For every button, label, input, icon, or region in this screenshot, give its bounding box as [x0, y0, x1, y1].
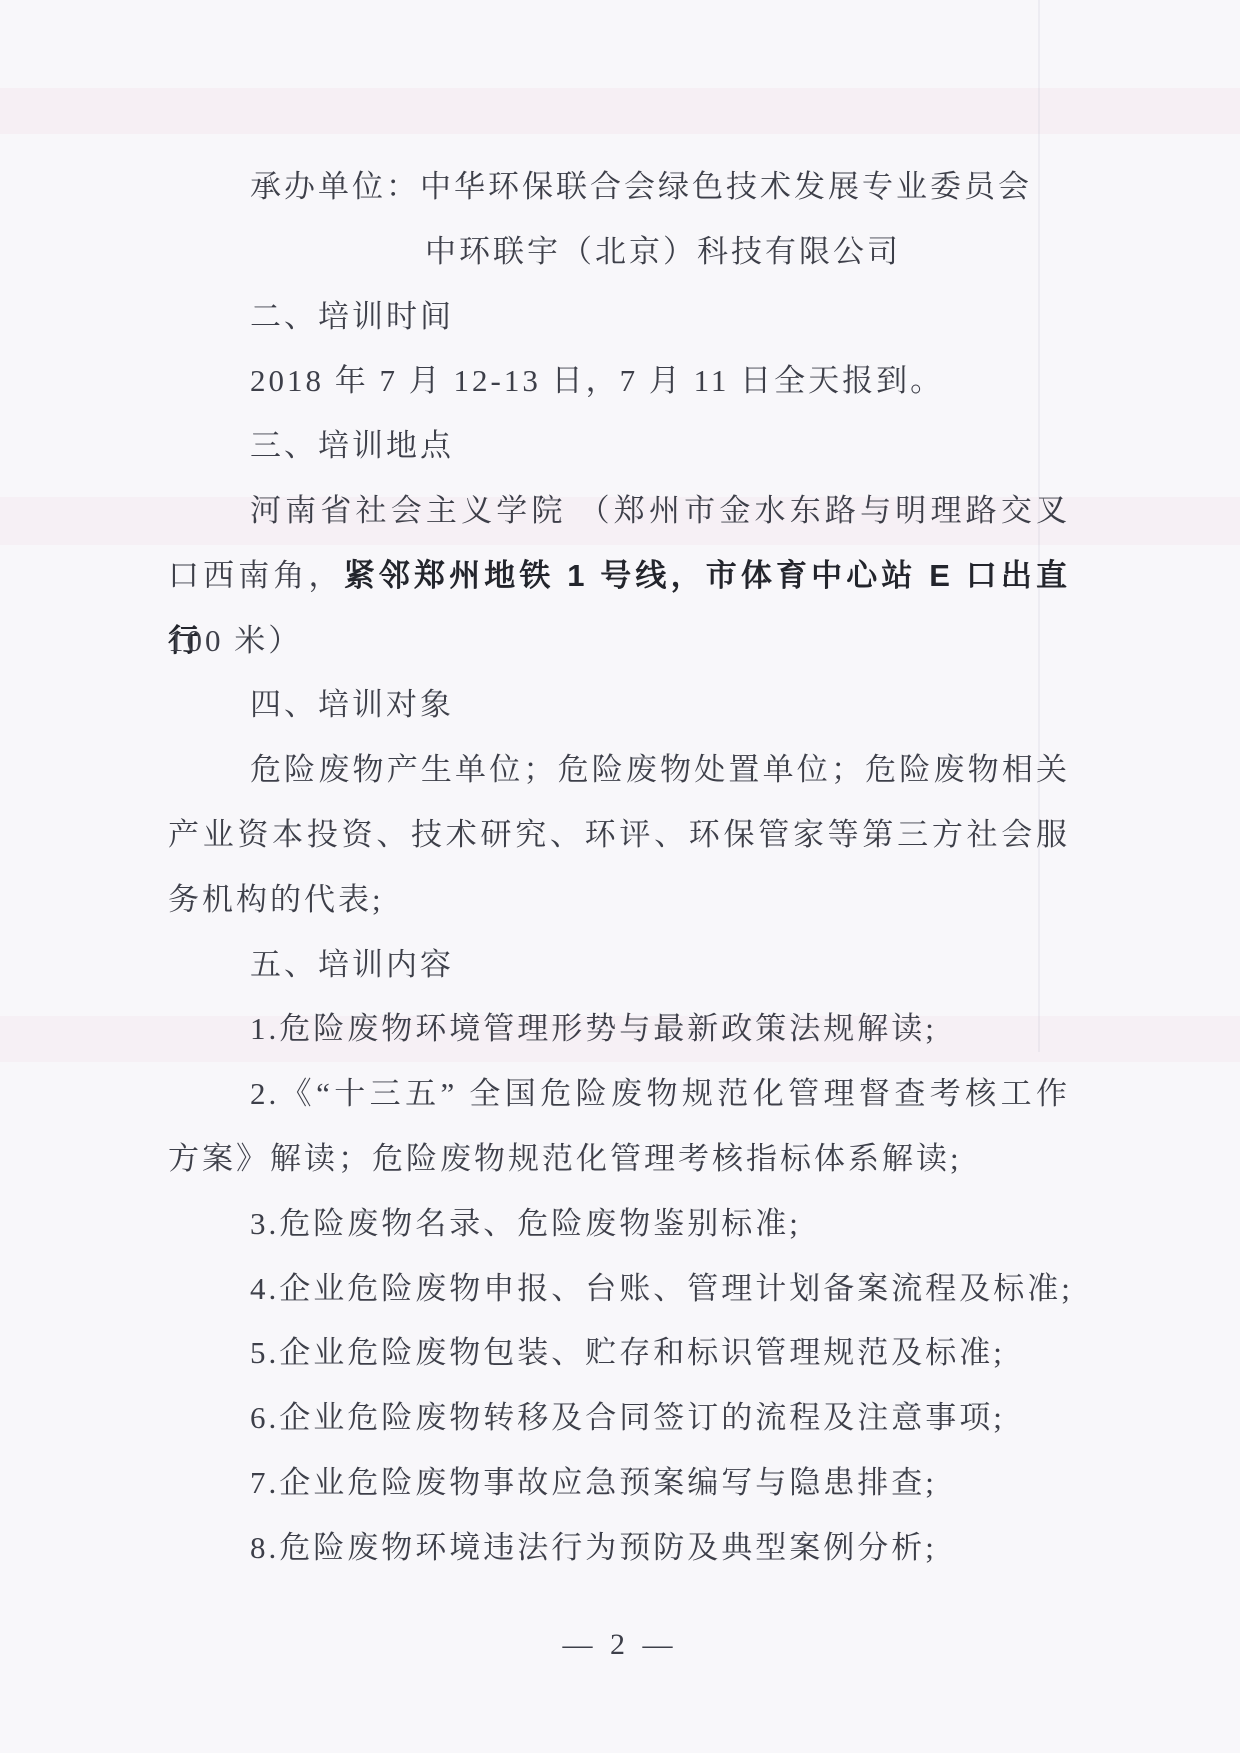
text-segment: 中环联宇（北京）科技有限公司: [425, 234, 901, 269]
scanned-page: 承办单位：中华环保联合会绿色技术发展专业委员会中环联宇（北京）科技有限公司二、培…: [0, 0, 1240, 1753]
text-segment: 务机构的代表;: [168, 882, 384, 917]
text-segment: 7.企业危险废物事故应急预案编写与隐患排查;: [250, 1465, 937, 1500]
text-segment: 3.危险废物名录、危险废物鉴别标准;: [250, 1206, 801, 1241]
text-segment: 4.企业危险废物申报、台账、管理计划备案流程及标准;: [250, 1271, 1073, 1306]
text-segment: 五、培训内容: [250, 947, 454, 982]
text-segment: 四、培训对象: [250, 687, 454, 722]
text-segment: 方案》解读；危险废物规范化管理考核指标体系解读;: [168, 1141, 962, 1176]
text-line: 5.企业危险废物包装、贮存和标识管理规范及标准;: [168, 1321, 1070, 1386]
text-line: 五、培训内容: [168, 933, 1070, 998]
text-segment: 承办单位：中华环保联合会绿色技术发展专业委员会: [250, 169, 1032, 204]
text-line: 方案》解读；危险废物规范化管理考核指标体系解读;: [168, 1127, 1070, 1192]
text-line: 四、培训对象: [168, 673, 1070, 738]
text-segment: 口西南角，: [168, 558, 344, 593]
text-line: 100 米）: [168, 609, 1070, 674]
text-line: 2.《“十三五” 全国危险废物规范化管理督查考核工作: [168, 1062, 1070, 1127]
text-segment: 100 米）: [168, 623, 302, 658]
text-line: 1.危险废物环境管理形势与最新政策法规解读;: [168, 997, 1070, 1062]
text-line: 7.企业危险废物事故应急预案编写与隐患排查;: [168, 1451, 1070, 1516]
text-line: 8.危险废物环境违法行为预防及典型案例分析;: [168, 1516, 1070, 1581]
scan-artifact-band: [0, 88, 1240, 134]
text-segment: 6.企业危险废物转移及合同签订的流程及注意事项;: [250, 1400, 1005, 1435]
text-segment: 1.危险废物环境管理形势与最新政策法规解读;: [250, 1011, 937, 1046]
text-line: 承办单位：中华环保联合会绿色技术发展专业委员会: [168, 155, 1070, 220]
text-line: 产业资本投资、技术研究、环评、环保管家等第三方社会服: [168, 803, 1070, 868]
text-segment: 5.企业危险废物包装、贮存和标识管理规范及标准;: [250, 1335, 1005, 1370]
text-segment: 8.危险废物环境违法行为预防及典型案例分析;: [250, 1530, 937, 1565]
text-segment: 危险废物产生单位；危险废物处置单位；危险废物相关: [250, 752, 1070, 787]
text-segment: 2.《“十三五” 全国危险废物规范化管理督查考核工作: [250, 1076, 1070, 1111]
text-line: 三、培训地点: [168, 414, 1070, 479]
text-line: 中环联宇（北京）科技有限公司: [168, 220, 1070, 285]
document-body: 承办单位：中华环保联合会绿色技术发展专业委员会中环联宇（北京）科技有限公司二、培…: [168, 155, 1070, 1581]
text-line: 口西南角，紧邻郑州地铁 1 号线，市体育中心站 E 口出直行: [168, 544, 1070, 609]
page-number: — 2 —: [0, 1615, 1240, 1675]
document-lines: 承办单位：中华环保联合会绿色技术发展专业委员会中环联宇（北京）科技有限公司二、培…: [168, 155, 1070, 1581]
text-line: 6.企业危险废物转移及合同签订的流程及注意事项;: [168, 1386, 1070, 1451]
text-segment: 产业资本投资、技术研究、环评、环保管家等第三方社会服: [168, 817, 1070, 852]
text-line: 危险废物产生单位；危险废物处置单位；危险废物相关: [168, 738, 1070, 803]
text-line: 4.企业危险废物申报、台账、管理计划备案流程及标准;: [168, 1257, 1070, 1322]
text-line: 2018 年 7 月 12-13 日，7 月 11 日全天报到。: [168, 349, 1070, 414]
text-line: 务机构的代表;: [168, 868, 1070, 933]
text-segment: 河南省社会主义学院 （郑州市金水东路与明理路交叉: [250, 493, 1070, 528]
text-line: 二、培训时间: [168, 285, 1070, 350]
text-segment: 三、培训地点: [250, 428, 454, 463]
text-line: 河南省社会主义学院 （郑州市金水东路与明理路交叉: [168, 479, 1070, 544]
text-line: 3.危险废物名录、危险废物鉴别标准;: [168, 1192, 1070, 1257]
text-segment: 二、培训时间: [250, 299, 454, 334]
text-segment: 2018 年 7 月 12-13 日，7 月 11 日全天报到。: [250, 363, 944, 398]
